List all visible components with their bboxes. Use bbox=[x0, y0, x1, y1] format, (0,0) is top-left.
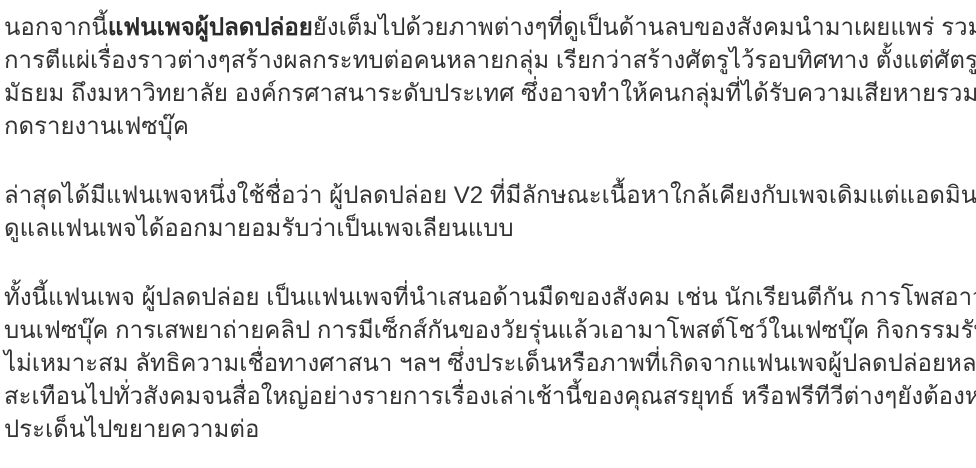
line1-suffix-text: ยังเต็มไปด้วยภาพต่างๆที่ดูเป็นด้านลบของส… bbox=[313, 14, 976, 41]
paragraph-1: นอกจากนี้แฟนเพจผู้ปลดปล่อยยังเต็มไปด้วยภ… bbox=[4, 11, 976, 143]
text-line: การตีแผ่เรื่องราวต่างๆสร้างผลกระทบต่อคนห… bbox=[4, 44, 976, 77]
text-line: ทั้งนี้แฟนเพจ ผู้ปลดปล่อย เป็นแฟนเพจที่น… bbox=[4, 281, 976, 314]
text-line: มัธยม ถึงมหาวิทยาลัย องค์กรศาสนาระดับประ… bbox=[4, 77, 976, 110]
text-line: ไม่เหมาะสม ลัทธิความเชื่อทางศาสนา ฯลฯ ซึ… bbox=[4, 347, 976, 380]
text-line: กดรายงานเฟซบุ๊ค bbox=[4, 110, 976, 143]
text-line: ดูแลแฟนเพจได้ออกมายอมรับว่าเป็นเพจเลียนแ… bbox=[4, 212, 976, 245]
article-body: นอกจากนี้แฟนเพจผู้ปลดปล่อยยังเต็มไปด้วยภ… bbox=[0, 0, 976, 446]
bold-phrase-fanpage-name: แฟนเพจผู้ปลดปล่อย bbox=[108, 14, 313, 41]
text-line: นอกจากนี้แฟนเพจผู้ปลดปล่อยยังเต็มไปด้วยภ… bbox=[4, 11, 976, 44]
text-line: สะเทือนไปทั่วสังคมจนสื่อใหญ่อย่างรายการเ… bbox=[4, 380, 976, 413]
text-line: ล่าสุดได้มีแฟนเพจหนึ่งใช้ชื่อว่า ผู้ปลดป… bbox=[4, 179, 976, 212]
paragraph-3: ทั้งนี้แฟนเพจ ผู้ปลดปล่อย เป็นแฟนเพจที่น… bbox=[4, 281, 976, 446]
text-line: ประเด็นไปขยายความต่อ bbox=[4, 413, 976, 446]
text-line: บนเฟซบุ๊ค การเสพยาถ่ายคลิป การมีเซ็กส์กั… bbox=[4, 314, 976, 347]
line1-prefix-text: นอกจากนี้ bbox=[4, 14, 108, 41]
paragraph-2: ล่าสุดได้มีแฟนเพจหนึ่งใช้ชื่อว่า ผู้ปลดป… bbox=[4, 179, 976, 245]
